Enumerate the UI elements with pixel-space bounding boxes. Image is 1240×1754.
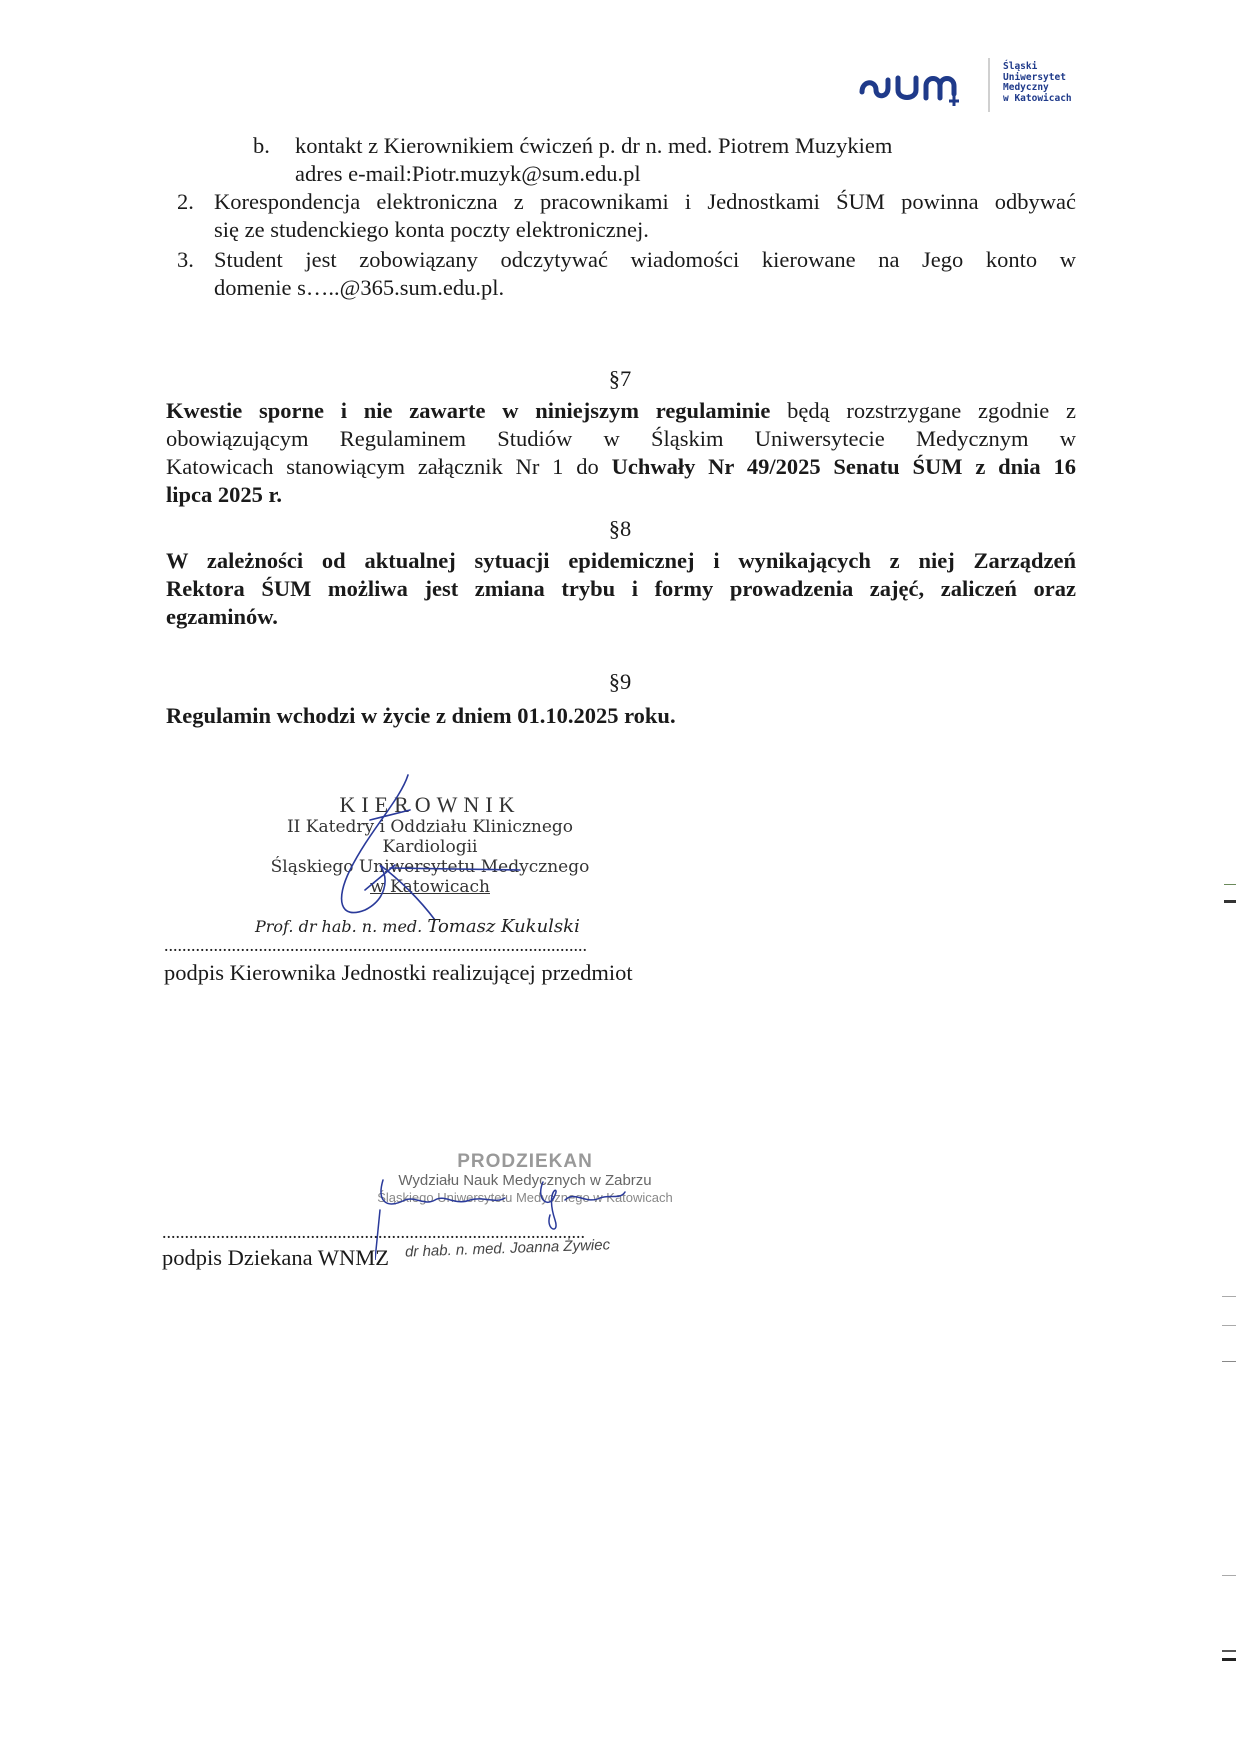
bold-text: Kwestie sporne i nie zawarte w niniejszy… <box>166 398 770 423</box>
signature-line: ........................................… <box>164 935 720 956</box>
plain-text: będą rozstrzygane zgodnie z <box>770 398 1076 423</box>
list-marker: 3. <box>177 246 194 274</box>
stamp-line: II Katedry i Oddziału Klinicznego Kardio… <box>240 817 620 857</box>
section-8-text: W zależności od aktualnej sytuacji epide… <box>166 547 1076 631</box>
scan-margin-mark <box>1222 1325 1236 1326</box>
scan-margin-mark <box>1224 900 1236 903</box>
list-line: się ze studenckiego konta poczty elektro… <box>214 216 1076 244</box>
person-name: Tomasz Kukulski <box>427 916 580 937</box>
stamp-line: Śląskiego Uniwersytetu Medycznego w Kato… <box>375 1190 675 1206</box>
section-line: Kwestie sporne i nie zawarte w niniejszy… <box>166 397 1076 425</box>
list-marker: b. <box>253 132 270 160</box>
stamp-line: w Katowicach <box>240 877 620 897</box>
list-line: Student jest zobowiązany odczytywać wiad… <box>214 246 1076 274</box>
section-line: W zależności od aktualnej sytuacji epide… <box>166 547 1076 575</box>
signature-line: ........................................… <box>162 1222 722 1243</box>
scan-margin-mark <box>1222 1361 1236 1362</box>
logo-line: Śląski <box>1003 62 1072 73</box>
scan-margin-mark <box>1222 1650 1236 1652</box>
section-line: Rektora ŚUM możliwa jest zmiana trybu i … <box>166 575 1076 603</box>
scan-margin-mark <box>1222 1296 1236 1297</box>
list-text: adres e-mail:Piotr.muzyk@sum.edu.pl <box>295 160 641 188</box>
stamp-line: Śląskiego Uniwersytetu Medycznego <box>240 857 620 877</box>
head-stamp: KIEROWNIK II Katedry i Oddziału Kliniczn… <box>240 793 620 897</box>
list-text: Korespondencja elektroniczna z pracownik… <box>214 188 1076 244</box>
section-line: Katowicach stanowiącym załącznik Nr 1 do… <box>166 453 1076 481</box>
plain-text: Katowicach stanowiącym załącznik Nr 1 do <box>166 454 612 479</box>
section-line: obowiązującym Regulaminem Studiów w Śląs… <box>166 425 1076 453</box>
list-text: kontakt z Kierownikiem ćwiczeń p. dr n. … <box>295 132 892 160</box>
section-8-heading: §8 <box>0 516 1240 542</box>
scan-margin-mark <box>1222 1575 1236 1576</box>
head-signature-caption: podpis Kierownika Jednostki realizującej… <box>164 960 633 986</box>
logo-wordmark: Śląski Uniwersytet Medyczny w Katowicach <box>1003 62 1072 104</box>
logo-line: Medyczny <box>1003 83 1072 94</box>
stamp-line: Wydziału Nauk Medycznych w Zabrzu <box>375 1172 675 1190</box>
sum-wave-logo-icon <box>858 66 976 106</box>
stamp-title: KIEROWNIK <box>240 793 620 817</box>
stamp-title: PRODZIEKAN <box>375 1152 675 1172</box>
list-line: Korespondencja elektroniczna z pracownik… <box>214 188 1076 216</box>
bold-text: lipca 2025 r. <box>166 482 282 507</box>
list-marker: 2. <box>177 188 194 216</box>
logo-line: w Katowicach <box>1003 94 1072 105</box>
list-line: domenie s…..@365.sum.edu.pl. <box>214 274 1076 302</box>
dean-stamp: PRODZIEKAN Wydziału Nauk Medycznych w Za… <box>375 1152 675 1206</box>
dean-signature-caption: podpis Dziekana WNMZ <box>162 1245 389 1271</box>
section-9-text: Regulamin wchodzi w życie z dniem 01.10.… <box>166 702 1076 730</box>
list-text: Student jest zobowiązany odczytywać wiad… <box>214 246 1076 302</box>
section-7-heading: §7 <box>0 366 1240 392</box>
logo-divider <box>988 58 990 112</box>
scan-margin-mark <box>1224 884 1236 885</box>
university-logo: Śląski Uniwersytet Medyczny w Katowicach <box>858 58 1080 114</box>
name-title: Prof. dr hab. n. med. <box>255 917 422 936</box>
bold-text: Uchwały Nr 49/2025 Senatu ŚUM z dnia 16 <box>612 454 1076 479</box>
section-line: egzaminów. <box>166 603 1076 631</box>
section-9-heading: §9 <box>0 669 1240 695</box>
section-7-text: Kwestie sporne i nie zawarte w niniejszy… <box>166 397 1076 509</box>
scan-margin-mark <box>1222 1658 1236 1661</box>
head-name: Prof. dr hab. n. med. Tomasz Kukulski <box>255 916 580 937</box>
